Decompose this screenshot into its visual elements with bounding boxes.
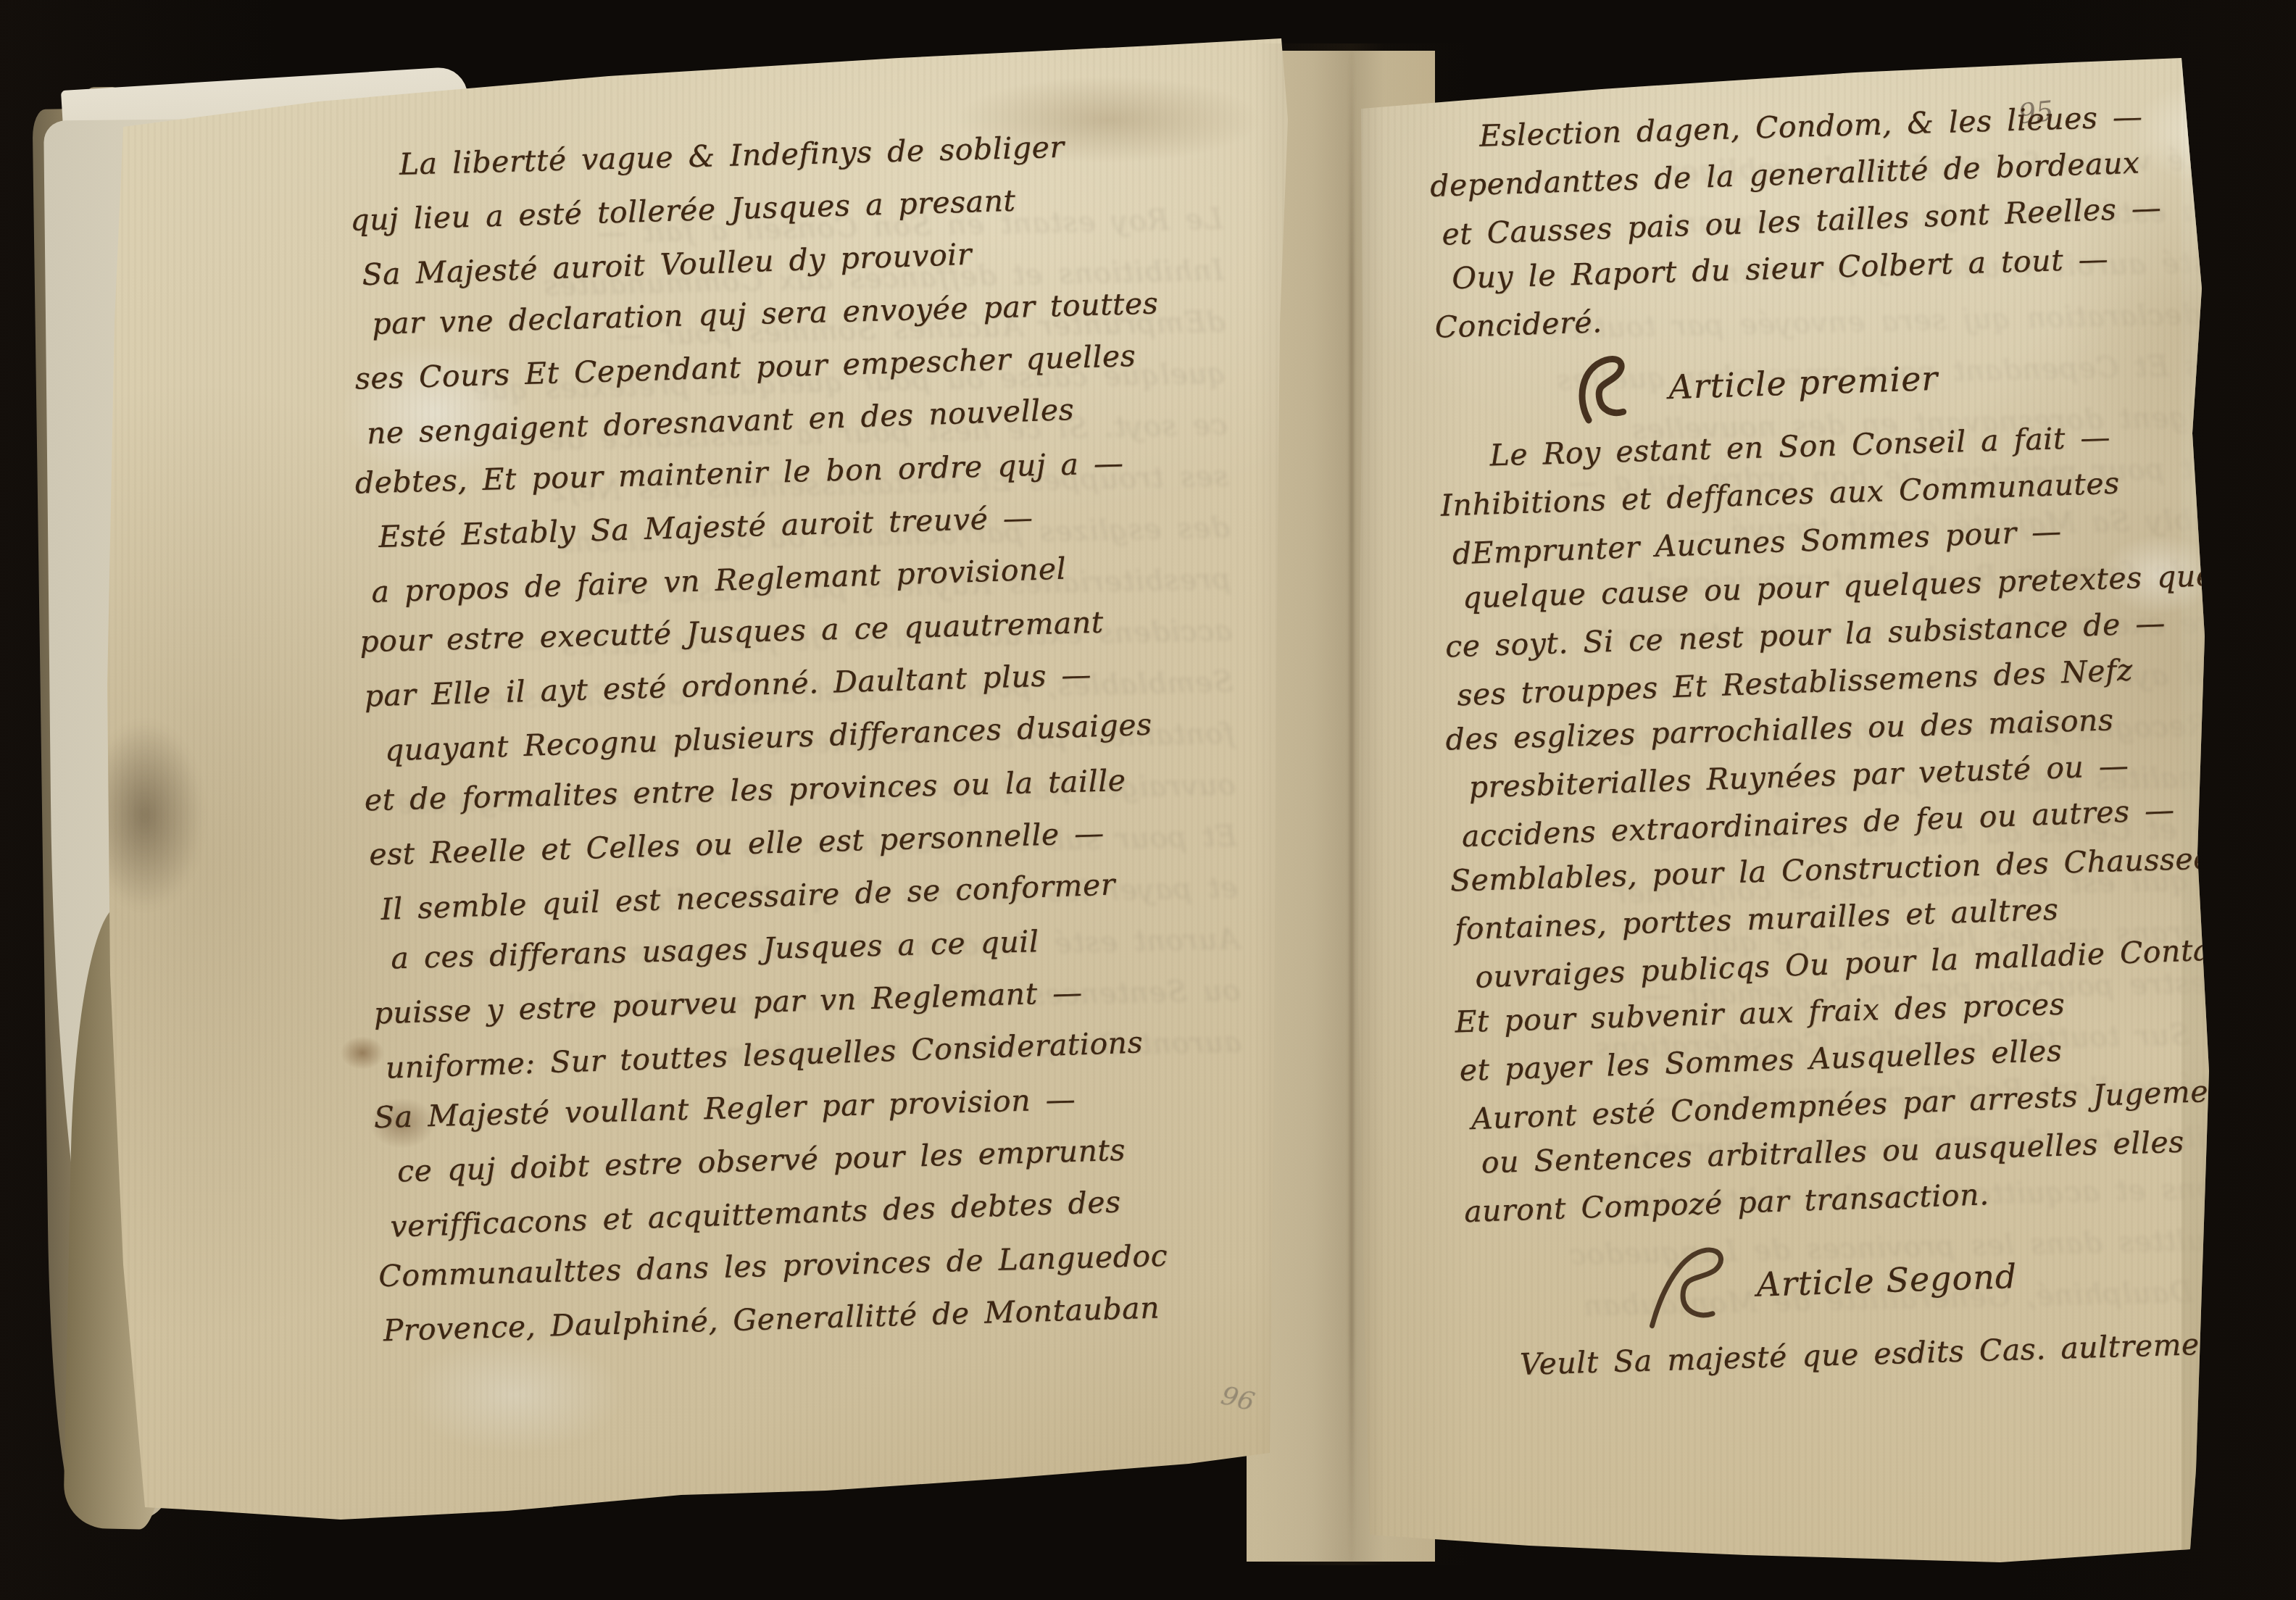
photo-backdrop: Le Roy estant en Son Conseil a fait —Inh… (0, 0, 2296, 1600)
ink-flourish-icon (1639, 1241, 1751, 1332)
article-first-heading: Article premier (1573, 338, 2234, 420)
right-page-text-block: Eslection dagen, Condom, & les lieues —d… (1428, 90, 2267, 1392)
handwritten-lines-body: Le Roy estant en Son Conseil a fait —Inh… (1439, 409, 2262, 1236)
heading-text: Article premier (1668, 359, 1939, 407)
handwritten-lines-intro: Eslection dagen, Condom, & les lieues —d… (1428, 90, 2232, 351)
ink-flourish-icon (1573, 353, 1663, 425)
handwritten-lines-closing: Veult Sa majesté que esdits Cas. aultrem… (1468, 1318, 2267, 1391)
heading-text: Article Segond (1756, 1257, 2018, 1304)
handwritten-line: Veult Sa majesté que esdits Cas. aultrem… (1519, 1319, 2266, 1388)
article-second-heading: Article Segond (1639, 1228, 2265, 1328)
manuscript-page-right: La libertté vague & Indefinys de soblige… (1348, 57, 2221, 1567)
folio-number-pencil: 96 (1218, 1380, 1257, 1417)
manuscript-page-left: Le Roy estant en Son Conseil a fait —Inh… (101, 33, 1294, 1536)
gutter-crease (1349, 51, 1354, 1562)
left-page-text-block: La libertté vague & Indefinys de soblige… (348, 113, 1326, 1357)
handwritten-lines-left: La libertté vague & Indefinys de soblige… (348, 113, 1326, 1357)
